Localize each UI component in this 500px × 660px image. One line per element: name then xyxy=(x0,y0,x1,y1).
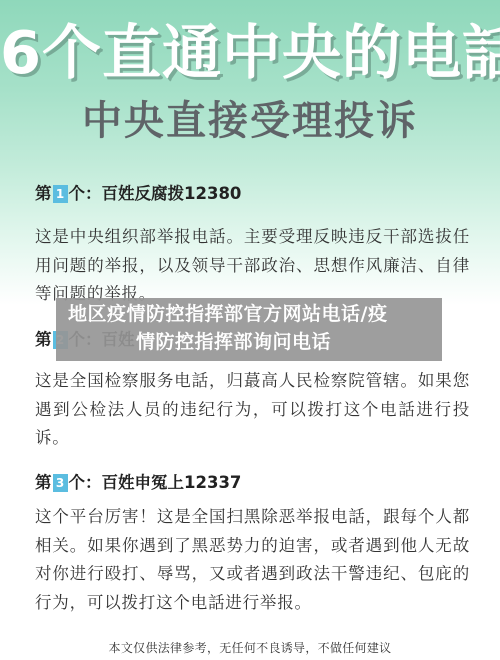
section-1-heading: 第 1 个：百姓反腐拨12380 xyxy=(35,182,241,206)
caption-overlay-text: 地区疫情防控指挥部官方网站电话/疫 情防控指挥部询问电话 xyxy=(56,300,442,356)
section-3-heading: 第 3 个：百姓申冤上12337 xyxy=(35,471,241,495)
section-1-title: 个：百姓反腐拨12380 xyxy=(69,182,242,206)
caption-line-1: 地区疫情防控指挥部官方网站电话/疫 xyxy=(56,300,442,328)
section-1-number-badge: 1 xyxy=(53,185,68,203)
section-3-number-badge: 3 xyxy=(53,474,68,492)
section-1-prefix: 第 xyxy=(35,182,52,206)
footer-disclaimer: 本文仅供法律参考，无任何不良诱导，不做任何建议 xyxy=(0,640,500,656)
section-2-prefix: 第 xyxy=(35,328,52,352)
hero-title: 6个直通中央的电話 xyxy=(0,14,500,92)
section-3-prefix: 第 xyxy=(35,471,52,495)
section-3-body: 这个平台厉害！这是全国扫黑除恶举报电話，跟每个人都相关。如果你遇到了黑恶势力的迫… xyxy=(35,503,470,617)
section-3-title: 个：百姓申冤上12337 xyxy=(69,471,242,495)
caption-line-2: 情防控指挥部询问电话 xyxy=(56,328,442,356)
section-1-body: 这是中央组织部举报电話。主要受理反映违反干部选拔任用问题的举报，以及领导干部政治… xyxy=(35,223,470,309)
hero-subtitle: 中央直接受理投诉 xyxy=(0,93,500,149)
section-2-body: 这是全国检察服务电話，归蕞高人民检察院管辖。如果您遇到公检法人员的违纪行为，可以… xyxy=(35,367,470,453)
